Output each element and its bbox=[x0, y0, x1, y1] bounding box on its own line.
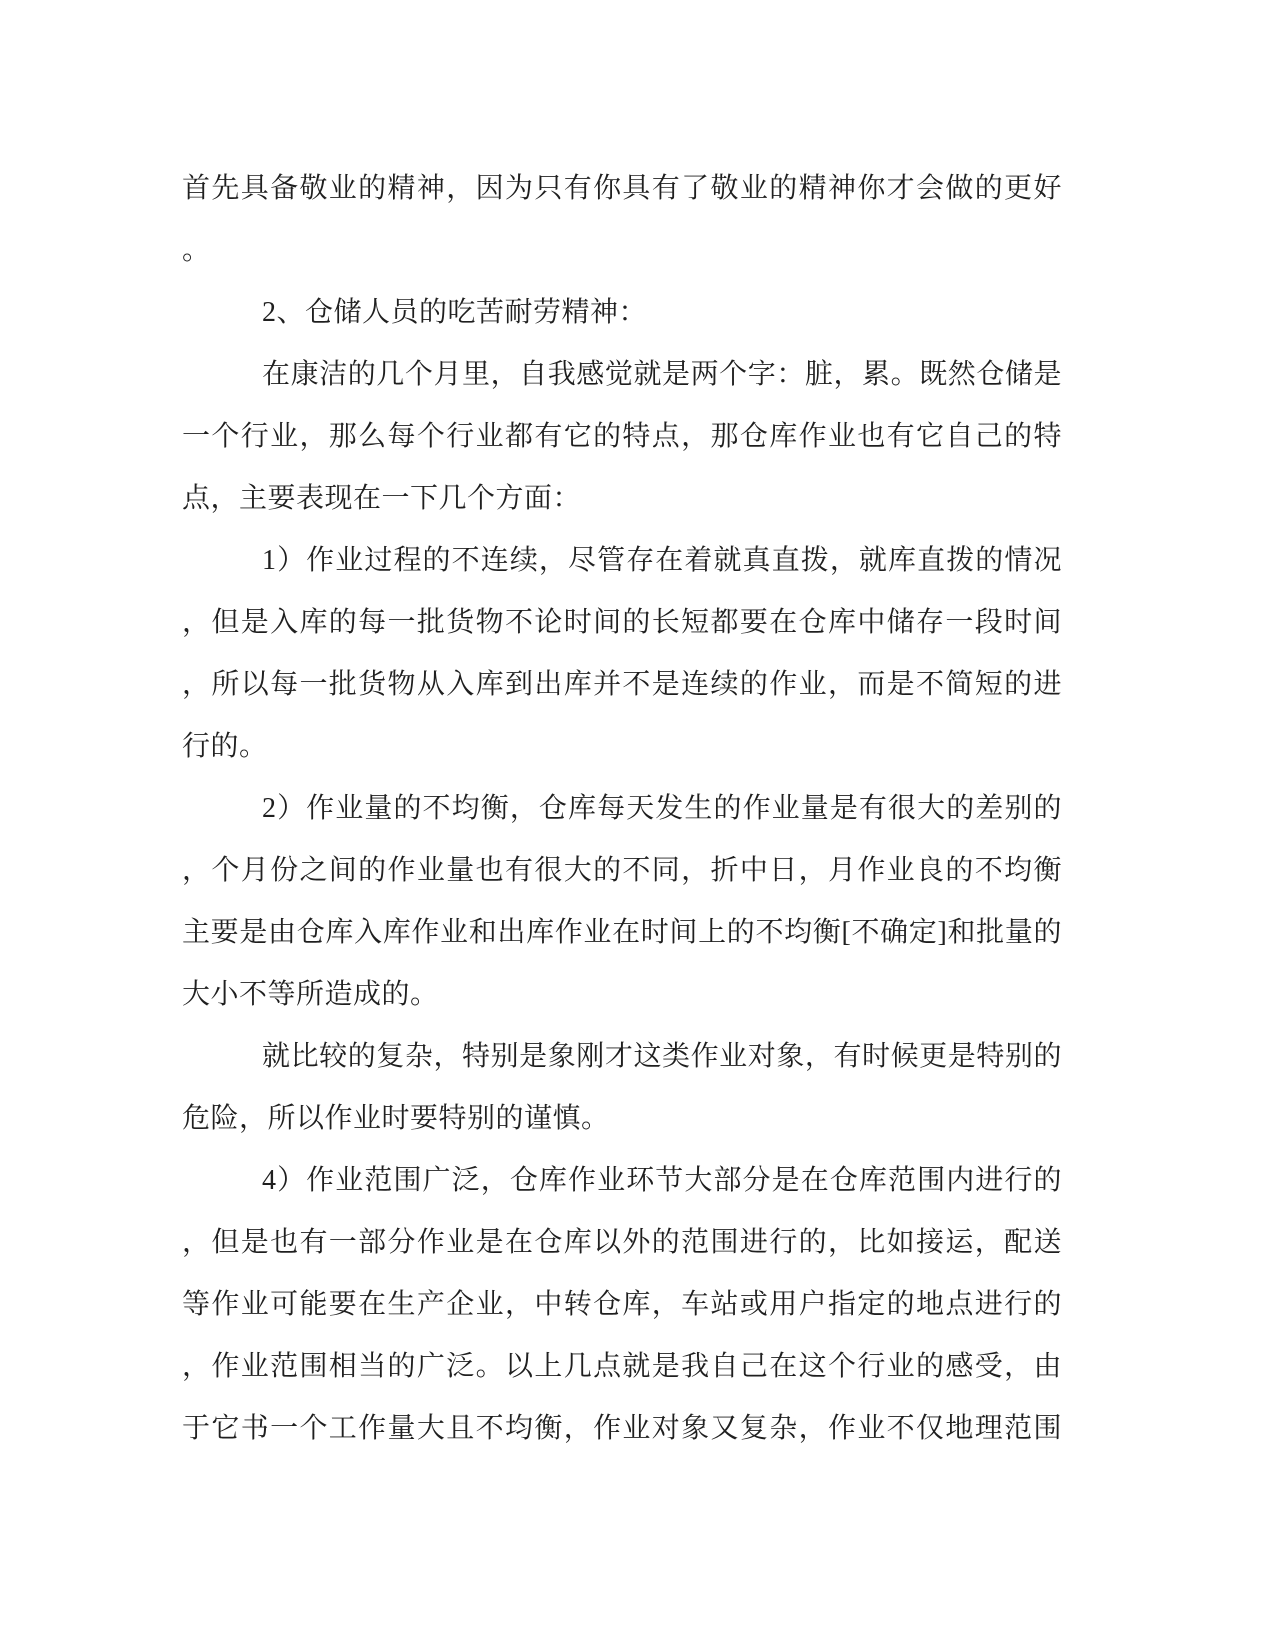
text-line: 2、仓储人员的吃苦耐劳精神： bbox=[182, 282, 1062, 344]
text-line: 主要是由仓库入库作业和出库作业在时间上的不均衡[不确定]和批量的 bbox=[182, 902, 1062, 964]
text-line: 1）作业过程的不连续，尽管存在着就真直拨，就库直拨的情况 bbox=[182, 530, 1062, 592]
text-line: 等作业可能要在生产企业，中转仓库，车站或用户指定的地点进行的 bbox=[182, 1274, 1062, 1336]
text-line: 大小不等所造成的。 bbox=[182, 964, 1062, 1026]
text-line: ，所以每一批货物从入库到出库并不是连续的作业，而是不简短的进 bbox=[182, 654, 1062, 716]
text-line: 于它书一个工作量大且不均衡，作业对象又复杂，作业不仅地理范围 bbox=[182, 1398, 1062, 1460]
text-line: 一个行业，那么每个行业都有它的特点，那仓库作业也有它自己的特 bbox=[182, 406, 1062, 468]
text-line: 就比较的复杂，特别是象刚才这类作业对象，有时候更是特别的 bbox=[182, 1026, 1062, 1088]
document-text-block: 首先具备敬业的精神，因为只有你具有了敬业的精神你才会做的更好。2、仓储人员的吃苦… bbox=[182, 158, 1062, 1460]
text-line: 。 bbox=[182, 220, 1062, 282]
document-page: 首先具备敬业的精神，因为只有你具有了敬业的精神你才会做的更好。2、仓储人员的吃苦… bbox=[0, 0, 1275, 1650]
text-line: 点，主要表现在一下几个方面： bbox=[182, 468, 1062, 530]
text-line: ，但是入库的每一批货物不论时间的长短都要在仓库中储存一段时间 bbox=[182, 592, 1062, 654]
text-line: 危险，所以作业时要特别的谨慎。 bbox=[182, 1088, 1062, 1150]
text-line: 4）作业范围广泛，仓库作业环节大部分是在仓库范围内进行的 bbox=[182, 1150, 1062, 1212]
text-line: ，但是也有一部分作业是在仓库以外的范围进行的，比如接运，配送 bbox=[182, 1212, 1062, 1274]
text-line: ，个月份之间的作业量也有很大的不同，折中日，月作业良的不均衡 bbox=[182, 840, 1062, 902]
text-line: 行的。 bbox=[182, 716, 1062, 778]
text-line: ，作业范围相当的广泛。以上几点就是我自己在这个行业的感受，由 bbox=[182, 1336, 1062, 1398]
text-line: 在康洁的几个月里，自我感觉就是两个字：脏，累。既然仓储是 bbox=[182, 344, 1062, 406]
text-line: 首先具备敬业的精神，因为只有你具有了敬业的精神你才会做的更好 bbox=[182, 158, 1062, 220]
text-line: 2）作业量的不均衡，仓库每天发生的作业量是有很大的差别的 bbox=[182, 778, 1062, 840]
